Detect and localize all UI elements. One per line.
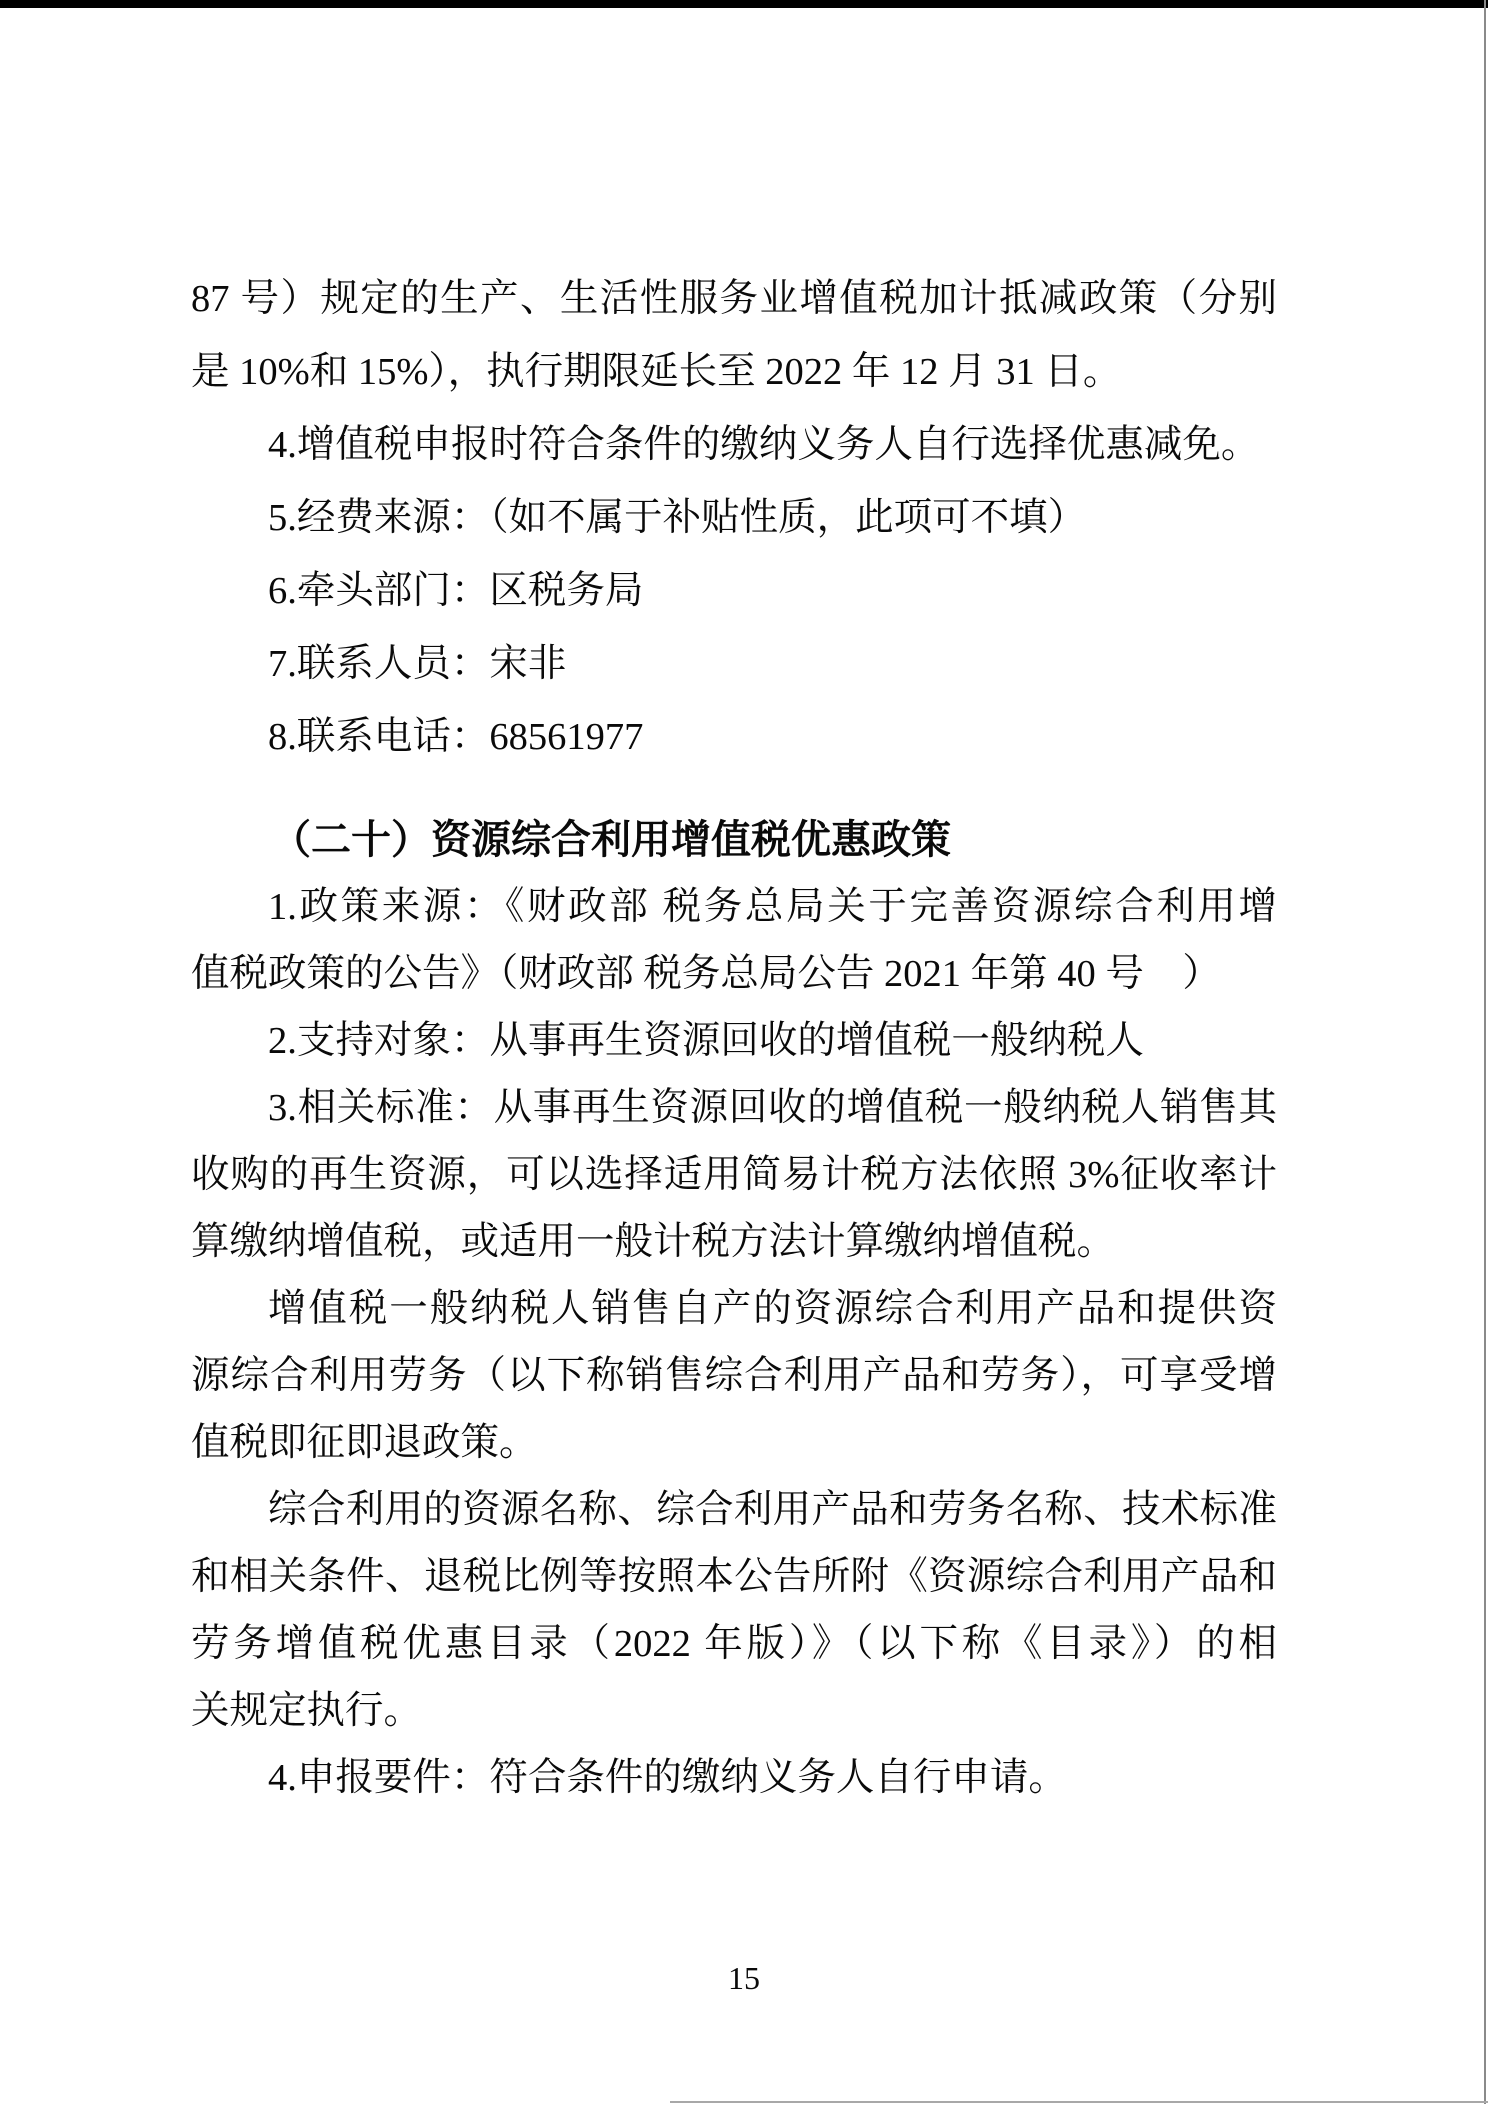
paragraph-line: 和相关条件、退税比例等按照本公告所附《资源综合利用产品和 bbox=[191, 1544, 1277, 1611]
scan-right-edge bbox=[1484, 0, 1486, 2104]
paragraph-line: 87 号）规定的生产、生活性服务业增值税加计抵减政策（分别 bbox=[191, 263, 1277, 336]
paragraph-line: 3.相关标准：从事再生资源回收的增值税一般纳税人销售其 bbox=[191, 1075, 1277, 1142]
paragraph-line: 收购的再生资源，可以选择适用简易计税方法依照 3%征收率计 bbox=[191, 1142, 1277, 1209]
paragraph-line: 5.经费来源：（如不属于补贴性质，此项可不填） bbox=[191, 482, 1277, 555]
paragraph-line: 6.牵头部门：区税务局 bbox=[191, 555, 1277, 628]
paragraph-line: 值税即征即退政策。 bbox=[191, 1410, 1277, 1477]
page-number: 15 bbox=[0, 1958, 1488, 1998]
paragraph-line: 增值税一般纳税人销售自产的资源综合利用产品和提供资 bbox=[191, 1276, 1277, 1343]
paragraph-line: 算缴纳增值税，或适用一般计税方法计算缴纳增值税。 bbox=[191, 1209, 1277, 1276]
paragraph-line: 1.政策来源：《财政部 税务总局关于完善资源综合利用增 bbox=[191, 874, 1277, 941]
section-before-heading: 87 号）规定的生产、生活性服务业增值税加计抵减政策（分别 是 10%和 15%… bbox=[191, 263, 1277, 774]
paragraph-line: 4.申报要件：符合条件的缴纳义务人自行申请。 bbox=[191, 1745, 1277, 1812]
document-page: 87 号）规定的生产、生活性服务业增值税加计抵减政策（分别 是 10%和 15%… bbox=[0, 0, 1488, 2104]
section-heading: （二十）资源综合利用增值税优惠政策 bbox=[191, 807, 1277, 874]
paragraph-line: 源综合利用劳务（以下称销售综合利用产品和劳务），可享受增 bbox=[191, 1343, 1277, 1410]
paragraph-line: 综合利用的资源名称、综合利用产品和劳务名称、技术标准 bbox=[191, 1477, 1277, 1544]
paragraph-line: 2.支持对象：从事再生资源回收的增值税一般纳税人 bbox=[191, 1008, 1277, 1075]
scan-top-bar bbox=[0, 0, 1488, 8]
paragraph-line: 是 10%和 15%），执行期限延长至 2022 年 12 月 31 日。 bbox=[191, 336, 1277, 409]
scan-bottom-edge bbox=[670, 2101, 1488, 2103]
paragraph-line: 8.联系电话：68561977 bbox=[191, 701, 1277, 774]
paragraph-line: 劳务增值税优惠目录（2022 年版）》（以下称《目录》）的相 bbox=[191, 1611, 1277, 1678]
paragraph-line: 7.联系人员：宋非 bbox=[191, 628, 1277, 701]
section-after-heading: 1.政策来源：《财政部 税务总局关于完善资源综合利用增 值税政策的公告》（财政部… bbox=[191, 874, 1277, 1812]
text-block: 87 号）规定的生产、生活性服务业增值税加计抵减政策（分别 是 10%和 15%… bbox=[191, 263, 1277, 1812]
paragraph-line: 值税政策的公告》（财政部 税务总局公告 2021 年第 40 号 ） bbox=[191, 941, 1277, 1008]
paragraph-line: 4.增值税申报时符合条件的缴纳义务人自行选择优惠减免。 bbox=[191, 409, 1277, 482]
paragraph-line: 关规定执行。 bbox=[191, 1678, 1277, 1745]
